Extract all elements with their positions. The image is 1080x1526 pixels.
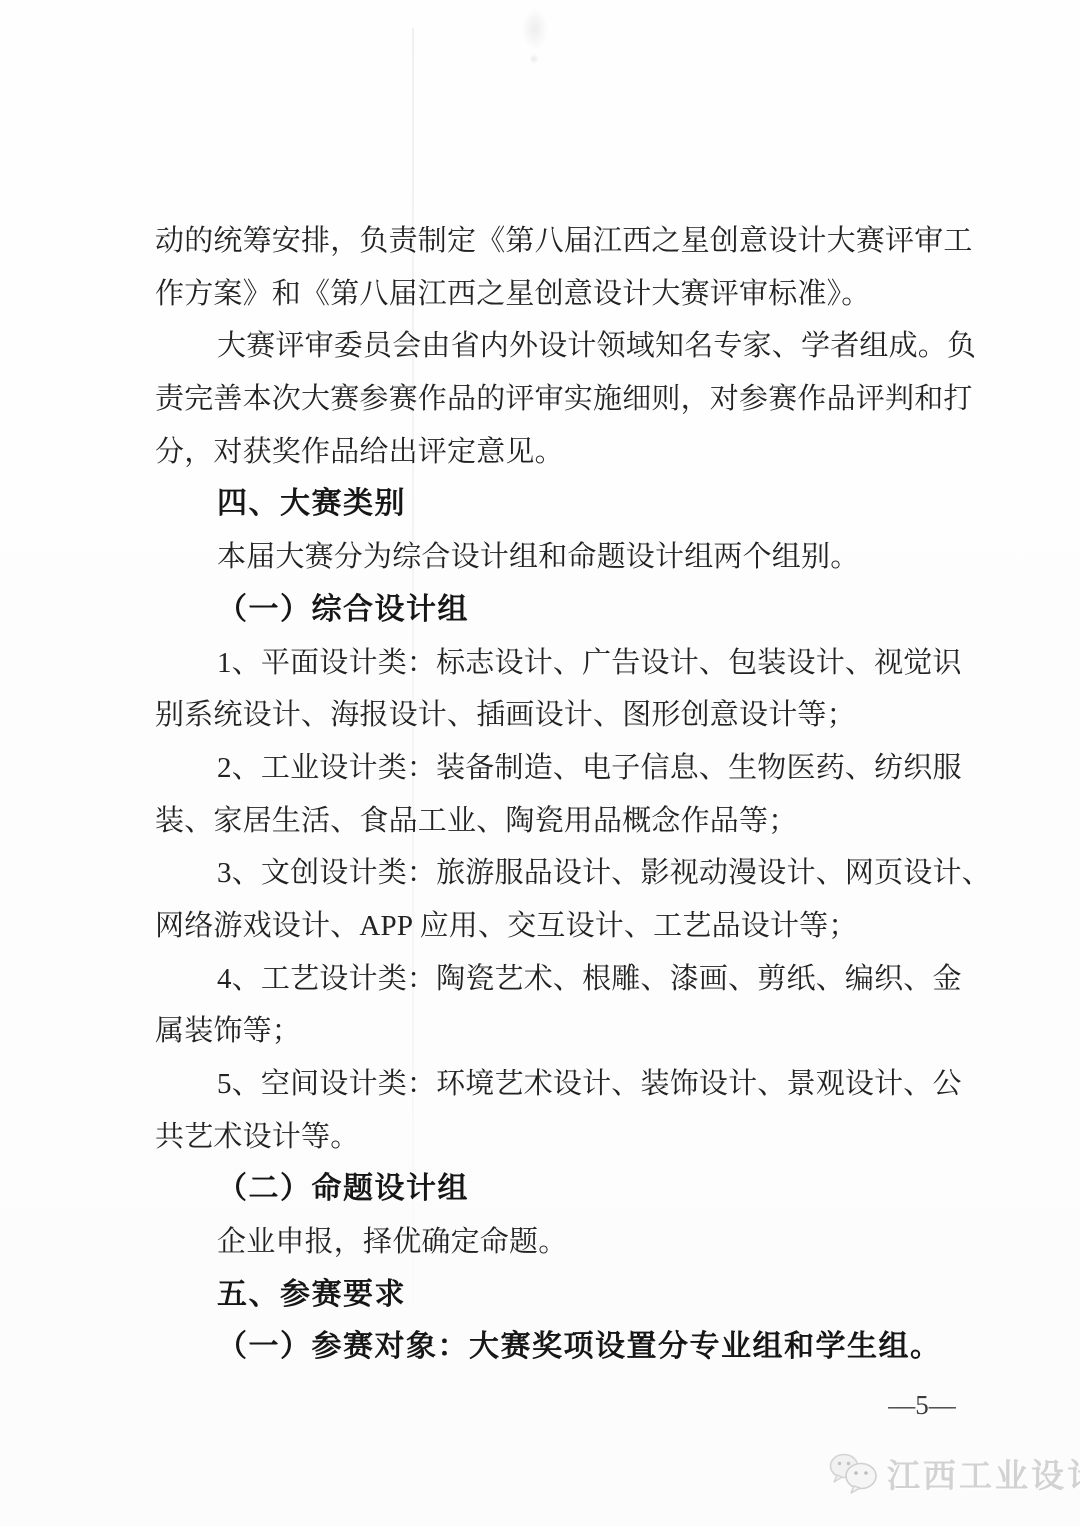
text-line: 共艺术设计等。: [155, 1111, 970, 1164]
wechat-icon: [828, 1451, 880, 1497]
text-line: 作方案》和《第八届江西之星创意设计大赛评审标准》。: [155, 268, 970, 321]
heading-line: （一）综合设计组: [155, 584, 970, 637]
text-line: 别系统设计、海报设计、插画设计、图形创意设计等；: [155, 689, 970, 742]
document-page: 动的统筹安排，负责制定《第八届江西之星创意设计大赛评审工作方案》和《第八届江西之…: [0, 0, 1080, 1526]
heading-line: （二）命题设计组: [155, 1163, 970, 1216]
text-line: 本届大赛分为综合设计组和命题设计组两个组别。: [155, 531, 970, 584]
page-number: —5—: [874, 1390, 970, 1421]
text-line: 属装饰等；: [155, 1005, 970, 1058]
text-line: 企业申报，择优确定命题。: [155, 1216, 970, 1269]
text-line: 4、工艺设计类：陶瓷艺术、根雕、漆画、剪纸、编织、金: [155, 953, 970, 1006]
text-line: 分，对获奖作品给出评定意见。: [155, 426, 970, 479]
text-line: 装、家居生活、食品工业、陶瓷用品概念作品等；: [155, 795, 970, 848]
text-line: 动的统筹安排，负责制定《第八届江西之星创意设计大赛评审工: [155, 215, 970, 268]
heading-line: 五、参赛要求: [155, 1269, 970, 1322]
text-line: 2、工业设计类：装备制造、电子信息、生物医药、纺织服: [155, 742, 970, 795]
text-line: 1、平面设计类：标志设计、广告设计、包装设计、视觉识: [155, 637, 970, 690]
document-text-block: 动的统筹安排，负责制定《第八届江西之星创意设计大赛评审工作方案》和《第八届江西之…: [155, 215, 970, 1374]
scan-smudge: [529, 54, 539, 64]
heading-line: 四、大赛类别: [155, 478, 970, 531]
heading-line: （一）参赛对象：大赛奖项设置分专业组和学生组。: [155, 1321, 970, 1374]
text-line: 5、空间设计类：环境艺术设计、装饰设计、景观设计、公: [155, 1058, 970, 1111]
text-line: 网络游戏设计、APP 应用、交互设计、工艺品设计等；: [155, 900, 970, 953]
text-line: 责完善本次大赛参赛作品的评审实施细则，对参赛作品评判和打: [155, 373, 970, 426]
text-line: 大赛评审委员会由省内外设计领域知名专家、学者组成。负: [155, 320, 970, 373]
text-line: 3、文创设计类：旅游服品设计、影视动漫设计、网页设计、: [155, 847, 970, 900]
scan-smudge: [522, 8, 548, 50]
watermark: 江西工业设计: [828, 1450, 1080, 1497]
watermark-text: 江西工业设计: [887, 1450, 1080, 1497]
